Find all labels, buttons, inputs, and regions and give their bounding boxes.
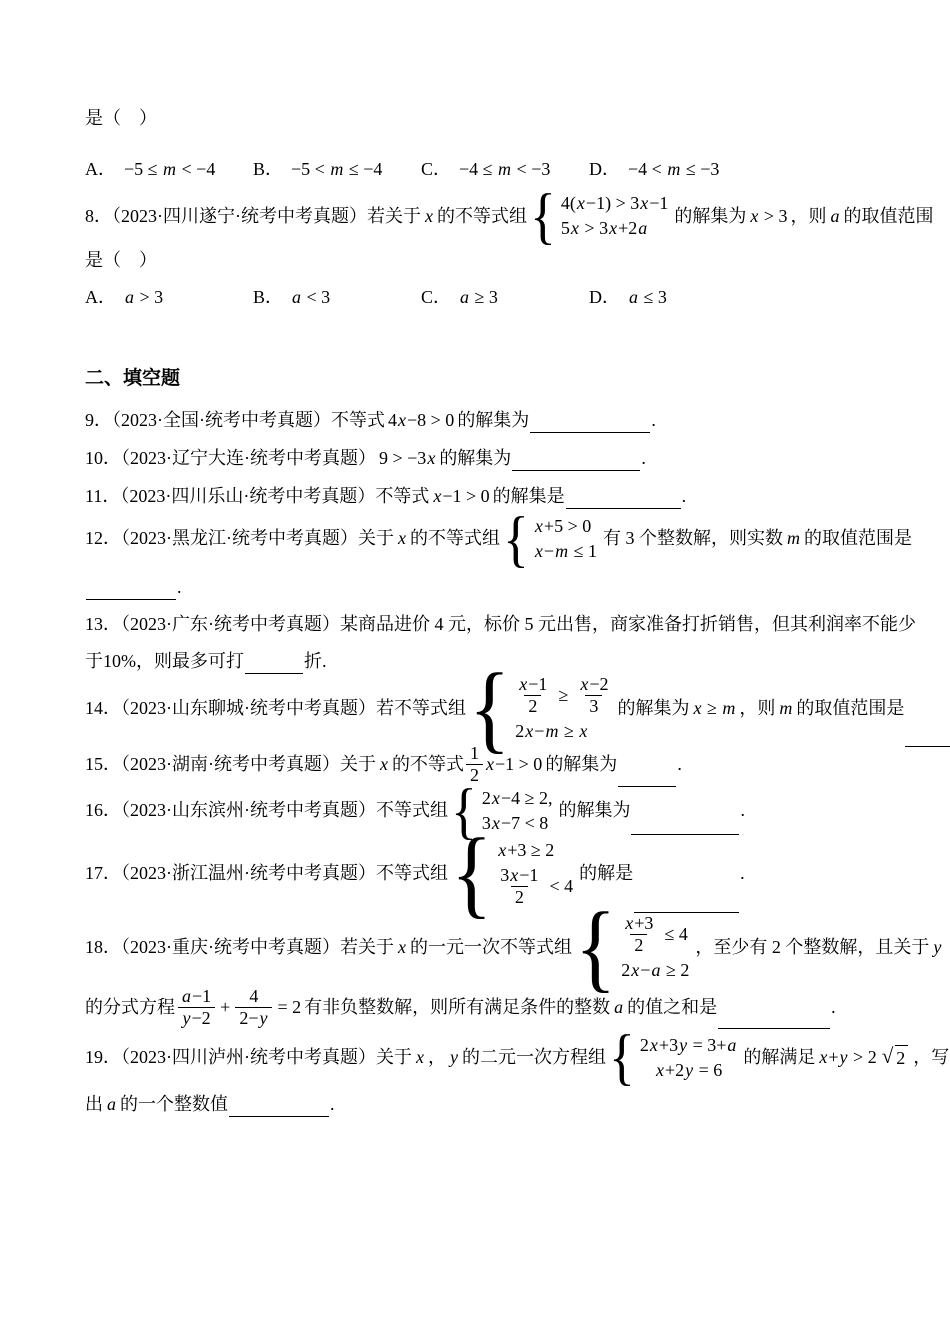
question-text: ，写 <box>913 1045 949 1070</box>
question-text: 的解是 <box>579 861 633 886</box>
math-expression: 9 > −3x <box>379 446 436 471</box>
question-8-stem-tail: 是（ ） <box>85 248 866 273</box>
system-row: x+32 ≤ 4 <box>618 913 691 956</box>
system-row: 2x+3y = 3+a <box>640 1034 737 1057</box>
question-18-line2: 的分式方程 a−1y−2 + 42−y = 2 有非负整数解，则所有满足条件的整… <box>85 986 866 1029</box>
question-17: 17．（2023·浙江温州·统考中考真题）不等式组 { x+3 ≥ 2 3x−1… <box>85 835 866 912</box>
system-rows: 2x+3y = 3+a x+2y = 6 <box>637 1034 740 1082</box>
question-text: 有 3 个整数解，则实数 <box>603 526 783 551</box>
option-d: D．−4 < m ≤ −3 <box>589 157 722 182</box>
option-math: −4 ≤ m < −3 <box>459 157 550 182</box>
system-rows: x−12 ≥ x−23 2x−m ≥ x <box>512 674 614 743</box>
math-expression: 4x−8 > 0 <box>388 408 454 433</box>
math-expression: x+y > 2 <box>818 1045 876 1070</box>
period: . <box>177 575 182 600</box>
option-math: a ≥ 3 <box>459 285 498 310</box>
answer-blank <box>718 1010 830 1029</box>
question-14: 14．（2023·山东聊城·统考中考真题）若不等式组 { x−12 ≥ x−23… <box>85 670 866 747</box>
plus-operator: + <box>220 995 230 1020</box>
fraction: x−23 <box>575 674 612 717</box>
option-math: a < 3 <box>291 285 330 310</box>
question-text: 的解集为 <box>674 204 746 229</box>
question-12-blank-line: . <box>85 575 866 600</box>
math-variable: y <box>932 935 942 960</box>
system-row: 2x−m ≥ x <box>515 720 588 743</box>
question-text: 14．（2023·山东聊城·统考中考真题）若不等式组 <box>85 696 466 721</box>
option-label: A． <box>85 157 116 182</box>
system-rows: 4(x−1) > 3x−1 5x > 3x+2a <box>558 192 671 240</box>
option-a: A．−5 ≤ m < −4 <box>85 157 253 182</box>
answer-blank <box>618 767 676 786</box>
question-9: 9．（2023·全国·统考中考真题）不等式 4x−8 > 0 的解集为 . <box>85 408 866 433</box>
relation-operator: ≥ <box>558 684 568 707</box>
math-variable: m <box>786 526 801 551</box>
question-text: ，至少有 2 个整数解，且关于 <box>695 935 929 960</box>
system-row: x+3 ≥ 2 <box>497 839 554 862</box>
math-variable: x <box>397 935 407 960</box>
answer-blank <box>631 816 739 835</box>
math-variable: m <box>778 696 793 721</box>
question-text: 的取值范围是 <box>804 526 912 551</box>
question-8-stem: 8．（2023·四川遂宁·统考中考真题）若关于 x 的不等式组 { 4(x−1)… <box>85 192 866 241</box>
question-text: 的一个整数值 <box>120 1092 228 1117</box>
fraction: x−12 <box>514 674 551 717</box>
stem-text: 是（ ） <box>85 106 157 131</box>
left-brace-icon: { <box>503 511 529 567</box>
question-text: 的不等式组 <box>410 526 500 551</box>
question-text: 的值之和是 <box>627 995 717 1020</box>
option-c: C．a ≥ 3 <box>421 285 589 310</box>
question-text: 17．（2023·浙江温州·统考中考真题）不等式组 <box>85 861 448 886</box>
system-row: 4(x−1) > 3x−1 <box>561 192 668 215</box>
question-text: 18．（2023·重庆·统考中考真题）若关于 <box>85 935 394 960</box>
question-text: 的解满足 <box>743 1045 815 1070</box>
math-variable: x <box>415 1045 425 1070</box>
question-10: 10．（2023·辽宁大连·统考中考真题） 9 > −3x 的解集为 . <box>85 446 866 471</box>
inequality-system: { x+5 > 0 x−m ≤ 1 <box>503 515 600 564</box>
period: . <box>682 484 687 509</box>
question-13-line1: 13．（2023·广东·统考中考真题）某商品进价 4 元，标价 5 元出售，商家… <box>85 612 866 637</box>
math-variable: x <box>424 204 434 229</box>
math-variable: a <box>106 1092 117 1117</box>
system-row: x−m ≤ 1 <box>534 540 597 563</box>
fraction: x+32 <box>620 913 657 956</box>
option-b: B．a < 3 <box>253 285 421 310</box>
section-title: 二、填空题 <box>85 366 180 392</box>
period: . <box>677 752 682 777</box>
question-text: 的解集为 <box>439 446 511 471</box>
system-row: 3x−12 < 4 <box>494 865 576 908</box>
question-text: 的不等式 <box>392 752 464 777</box>
fraction: 3x−12 <box>496 865 542 908</box>
question-text: 的解集为 <box>617 696 689 721</box>
question-text: 11．（2023·四川乐山·统考中考真题）不等式 <box>85 484 429 509</box>
option-label: C． <box>421 285 451 310</box>
question-text: 16．（2023·山东滨州·统考中考真题）不等式组 <box>85 798 448 823</box>
equals-expression: = 2 <box>277 995 301 1020</box>
option-math: −4 < m ≤ −3 <box>628 157 719 182</box>
option-label: A． <box>85 285 116 310</box>
question-text: 于10%，则最多可打 <box>85 649 244 674</box>
period: . <box>641 446 646 471</box>
answer-blank <box>86 581 176 600</box>
system-row: 2x−4 ≥ 2, <box>482 787 553 810</box>
left-brace-icon: { <box>451 829 492 918</box>
system-rows: x+3 ≥ 2 3x−12 < 4 <box>494 839 576 908</box>
question-text: 12．（2023·黑龙江·统考中考真题）关于 <box>85 526 394 551</box>
question-text: 的解集为 <box>545 752 617 777</box>
option-math: −5 ≤ m < −4 <box>124 157 215 182</box>
section-heading: 二、填空题 <box>85 366 866 392</box>
option-d: D．a ≤ 3 <box>589 285 670 310</box>
question-11: 11．（2023·四川乐山·统考中考真题）不等式 x−1 > 0 的解集是 . <box>85 484 866 509</box>
stem-text: 是（ ） <box>85 248 157 273</box>
inequality-system: { 4(x−1) > 3x−1 5x > 3x+2a <box>530 192 671 241</box>
question-7-stem-tail: 是（ ） <box>85 106 866 131</box>
question-text: 的解集为 <box>558 798 630 823</box>
relation-operator: < 4 <box>549 875 573 898</box>
question-text: 有非负整数解，则所有满足条件的整数 <box>304 995 610 1020</box>
left-brace-icon: { <box>609 1030 635 1086</box>
answer-blank <box>512 451 640 470</box>
system-rows: x+32 ≤ 4 2x−a ≥ 2 <box>618 913 692 982</box>
equation-system: { 2x+3y = 3+a x+2y = 6 <box>609 1033 740 1082</box>
question-text: 折. <box>304 649 327 674</box>
math-expression: x ≥ m <box>692 696 736 721</box>
answer-blank <box>229 1097 329 1116</box>
question-19-line2: 出 a 的一个整数值 . <box>85 1092 866 1117</box>
question-text: ，则 <box>791 204 827 229</box>
math-variable: x <box>379 752 389 777</box>
math-variable: x <box>397 526 407 551</box>
fraction: a−1y−2 <box>177 986 215 1029</box>
option-a: A．a > 3 <box>85 285 253 310</box>
question-text: 的一元一次不等式组 <box>410 935 572 960</box>
answer-blank <box>566 489 681 508</box>
question-text: 的不等式组 <box>437 204 527 229</box>
answer-blank <box>245 654 303 673</box>
option-label: D． <box>589 157 620 182</box>
question-text: 10．（2023·辽宁大连·统考中考真题） <box>85 446 376 471</box>
option-math: a > 3 <box>124 285 163 310</box>
system-row: x−12 ≥ x−23 <box>512 674 614 717</box>
system-row: 2x−a ≥ 2 <box>621 959 689 982</box>
system-row: 5x > 3x+2a <box>561 217 648 240</box>
option-c: C．−4 ≤ m < −3 <box>421 157 589 182</box>
inequality-system: { x−12 ≥ x−23 2x−m ≥ x <box>469 670 614 747</box>
inequality-system: { x+32 ≤ 4 2x−a ≥ 2 <box>575 909 692 986</box>
question-text: 19．（2023·四川泸州·统考中考真题）关于 <box>85 1045 412 1070</box>
question-text: 的解集为 <box>457 408 529 433</box>
answer-blank <box>530 414 650 433</box>
option-b: B．−5 < m ≤ −4 <box>253 157 421 182</box>
math-expression: x−1 > 0 <box>432 484 489 509</box>
math-variable: a <box>830 204 841 229</box>
question-text: 的分式方程 <box>85 995 175 1020</box>
left-brace-icon: { <box>530 188 556 244</box>
period: . <box>651 408 656 433</box>
system-rows: x+5 > 0 x−m ≤ 1 <box>531 515 600 563</box>
question-8-options: A．a > 3 B．a < 3 C．a ≥ 3 D．a ≤ 3 <box>85 285 866 310</box>
question-text: ， <box>428 1045 446 1070</box>
system-row: x+2y = 6 <box>655 1059 722 1082</box>
question-text: 的取值范围 <box>844 204 934 229</box>
question-text: 的取值范围是 <box>796 696 904 721</box>
inequality-system: { x+3 ≥ 2 3x−12 < 4 <box>451 835 576 912</box>
option-label: B． <box>253 157 283 182</box>
question-text: 8．（2023·四川遂宁·统考中考真题）若关于 <box>85 204 421 229</box>
document-page: 是（ ） A．−5 ≤ m < −4 B．−5 < m ≤ −4 C．−4 ≤ … <box>0 106 950 1117</box>
period: . <box>330 1092 335 1117</box>
left-brace-icon: { <box>469 664 510 753</box>
question-text: 的二元一次方程组 <box>462 1045 606 1070</box>
question-text: 9．（2023·全国·统考中考真题）不等式 <box>85 408 385 433</box>
period: . <box>740 798 745 823</box>
system-row: x+5 > 0 <box>534 515 591 538</box>
question-text: ，则 <box>739 696 775 721</box>
fraction: 42−y <box>235 986 272 1029</box>
radical-icon: √ <box>882 1045 894 1067</box>
left-brace-icon: { <box>575 903 616 992</box>
option-label: D． <box>589 285 620 310</box>
question-text: 15．（2023·湖南·统考中考真题）关于 <box>85 752 376 777</box>
period: . <box>831 995 836 1020</box>
math-expression: x > 3 <box>749 204 787 229</box>
period: . <box>740 861 745 886</box>
question-19-line1: 19．（2023·四川泸州·统考中考真题）关于 x ， y 的二元一次方程组 {… <box>85 1033 866 1082</box>
square-root: √2 <box>879 1045 912 1071</box>
answer-blank <box>905 728 950 747</box>
option-label: C． <box>421 157 451 182</box>
option-math: a ≤ 3 <box>628 285 667 310</box>
option-math: −5 < m ≤ −4 <box>291 157 382 182</box>
math-variable: y <box>449 1045 459 1070</box>
relation-operator: ≤ 4 <box>664 923 687 946</box>
question-text: 13．（2023·广东·统考中考真题）某商品进价 4 元，标价 5 元出售，商家… <box>85 612 916 637</box>
question-7-options: A．−5 ≤ m < −4 B．−5 < m ≤ −4 C．−4 ≤ m < −… <box>85 157 866 182</box>
question-text: 出 <box>85 1092 103 1117</box>
option-label: B． <box>253 285 283 310</box>
question-12: 12．（2023·黑龙江·统考中考真题）关于 x 的不等式组 { x+5 > 0… <box>85 515 866 564</box>
